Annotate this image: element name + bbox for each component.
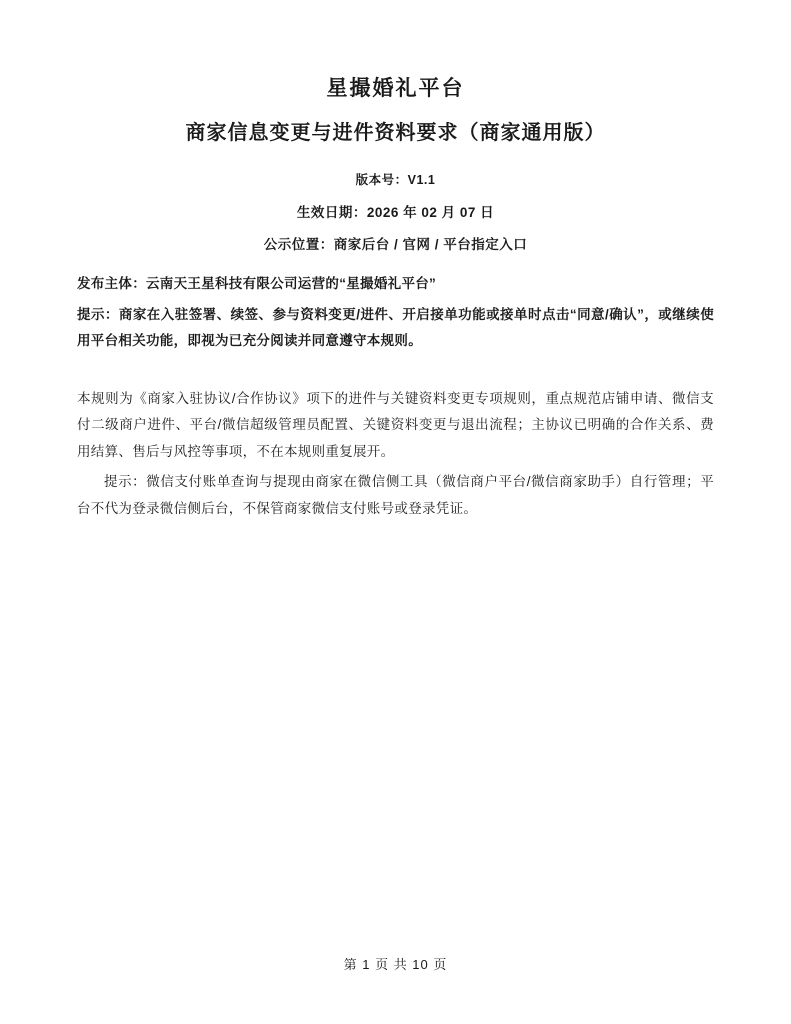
scope-paragraph: 本规则为《商家入驻协议/合作协议》项下的进件与关键资料变更专项规则，重点规范店铺… [77, 386, 714, 466]
notice-agreement-paragraph: 提示：商家在入驻签署、续签、参与资料变更/进件、开启接单功能或接单时点击“同意/… [77, 302, 714, 355]
meta-publish-location: 公示位置：商家后台 / 官网 / 平台指定入口 [77, 237, 714, 252]
document-title: 星撮婚礼平台 [77, 78, 714, 100]
document-content: 星撮婚礼平台 商家信息变更与进件资料要求（商家通用版） 版本号：V1.1 生效日… [0, 0, 791, 522]
notice-wechat-paragraph: 提示：微信支付账单查询与提现由商家在微信侧工具（微信商户平台/微信商家助手）自行… [77, 469, 714, 522]
page-number-indicator: 第 1 页 共 10 页 [0, 954, 791, 973]
meta-version: 版本号：V1.1 [77, 173, 714, 188]
document-page: 星撮婚礼平台 商家信息变更与进件资料要求（商家通用版） 版本号：V1.1 生效日… [0, 0, 791, 1024]
meta-effective-date: 生效日期：2026 年 02 月 07 日 [77, 205, 714, 220]
publisher-line: 发布主体：云南天王星科技有限公司运营的“星撮婚礼平台” [77, 271, 714, 298]
document-subtitle: 商家信息变更与进件资料要求（商家通用版） [77, 122, 714, 144]
